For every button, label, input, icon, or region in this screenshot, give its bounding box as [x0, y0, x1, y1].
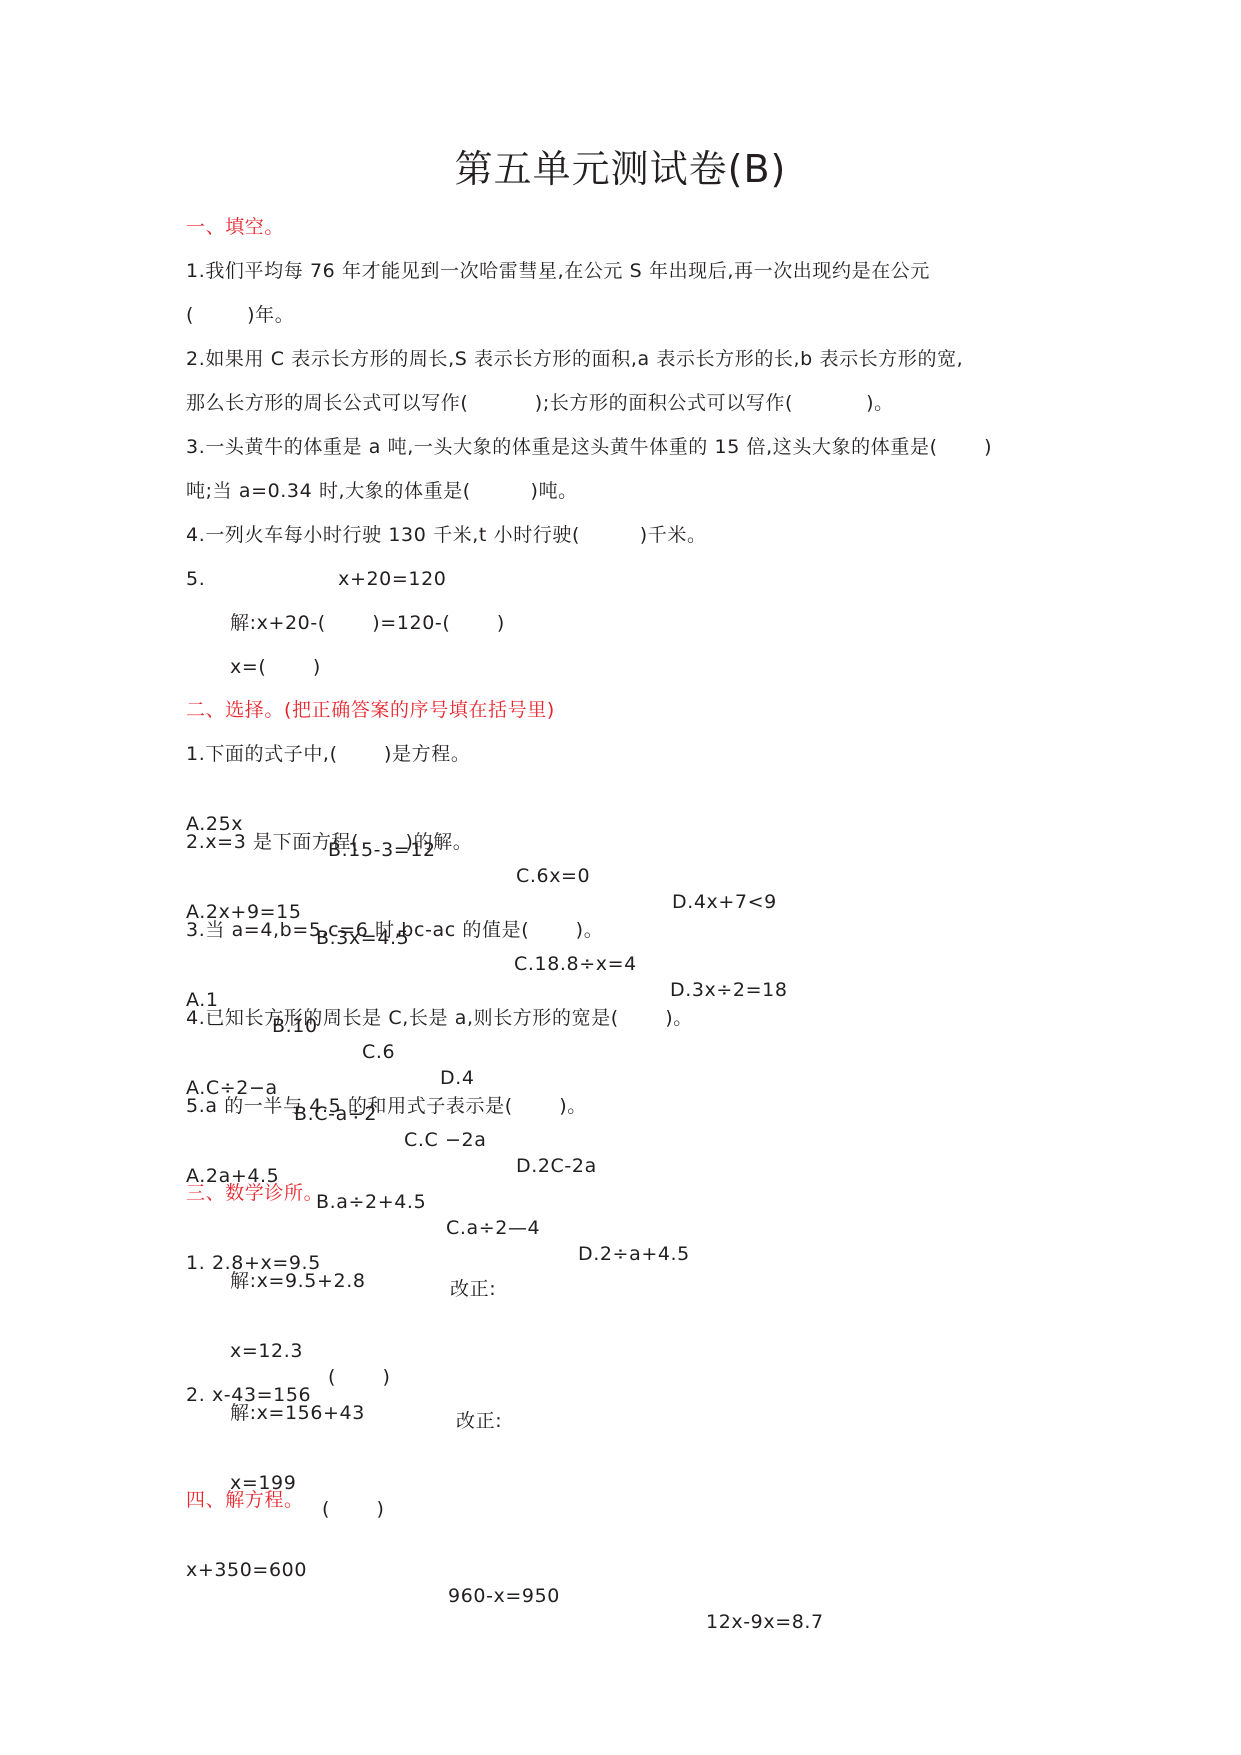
choice-q5-option-b: B.a÷2+4.5 [316, 1189, 426, 1215]
clinic-item-2-correction-label: 改正: [456, 1408, 502, 1434]
fill-q1-line1: 1.我们平均每 76 年才能见到一次哈雷彗星,在公元 S 年出现后,再一次出现约… [186, 258, 930, 284]
fill-q2-line1: 2.如果用 C 表示长方形的周长,S 表示长方形的面积,a 表示长方形的长,b … [186, 346, 963, 372]
clinic-item-2-judge-blank: ( ) [322, 1496, 385, 1522]
fill-q4: 4.一列火车每小时行驶 130 千米,t 小时行驶( )千米。 [186, 522, 707, 548]
choice-q5-stem: 5.a 的一半与 4.5 的和用式子表示是( )。 [186, 1093, 587, 1119]
fill-q1-line2: ( )年。 [186, 302, 294, 328]
equation-3: 12x-9x=8.7 [706, 1609, 824, 1635]
clinic-item-2-step1: 解:x=156+43 [230, 1400, 365, 1426]
section-heading-fill-blank: 一、填空。 [186, 214, 284, 240]
fill-q5-equation: 5. x+20=120 [186, 566, 446, 592]
exam-page: 第五单元测试卷(B) 一、填空。 1.我们平均每 76 年才能见到一次哈雷彗星,… [0, 0, 1241, 1755]
fill-q2-line2: 那么长方形的周长公式可以写作( );长方形的面积公式可以写作( )。 [186, 390, 894, 416]
choice-q2-stem: 2.x=3 是下面方程( )的解。 [186, 829, 472, 855]
fill-q5-step1: 解:x+20-( )=120-( ) [230, 610, 505, 636]
fill-q3-line2: 吨;当 a=0.34 时,大象的体重是( )吨。 [186, 478, 578, 504]
section-heading-choice: 二、选择。(把正确答案的序号填在括号里) [186, 697, 555, 723]
choice-q4-stem: 4.已知长方形的周长是 C,长是 a,则长方形的宽是( )。 [186, 1005, 693, 1031]
clinic-item-1-step1: 解:x=9.5+2.8 [230, 1268, 366, 1294]
page-title: 第五单元测试卷(B) [0, 146, 1241, 192]
equation-2: 960-x=950 [448, 1583, 560, 1609]
fill-q3-line1: 3.一头黄牛的体重是 a 吨,一头大象的体重是这头黄牛体重的 15 倍,这头大象… [186, 434, 992, 460]
title-text: 第五单元测试卷(B) [455, 146, 787, 192]
fill-q5-step2: x=( ) [230, 654, 321, 680]
choice-q1-stem: 1.下面的式子中,( )是方程。 [186, 741, 470, 767]
choice-q3-stem: 3.当 a=4,b=5,c=6 时,bc-ac 的值是( )。 [186, 917, 603, 943]
section-heading-math-clinic: 三、数学诊所。 [186, 1180, 323, 1206]
equations-row: x+350=600 960-x=950 12x-9x=8.7 [186, 1531, 986, 1661]
clinic-item-1-correction-label: 改正: [450, 1276, 496, 1302]
section-heading-solve-equations: 四、解方程。 [186, 1487, 304, 1513]
equation-1: x+350=600 [186, 1557, 307, 1583]
